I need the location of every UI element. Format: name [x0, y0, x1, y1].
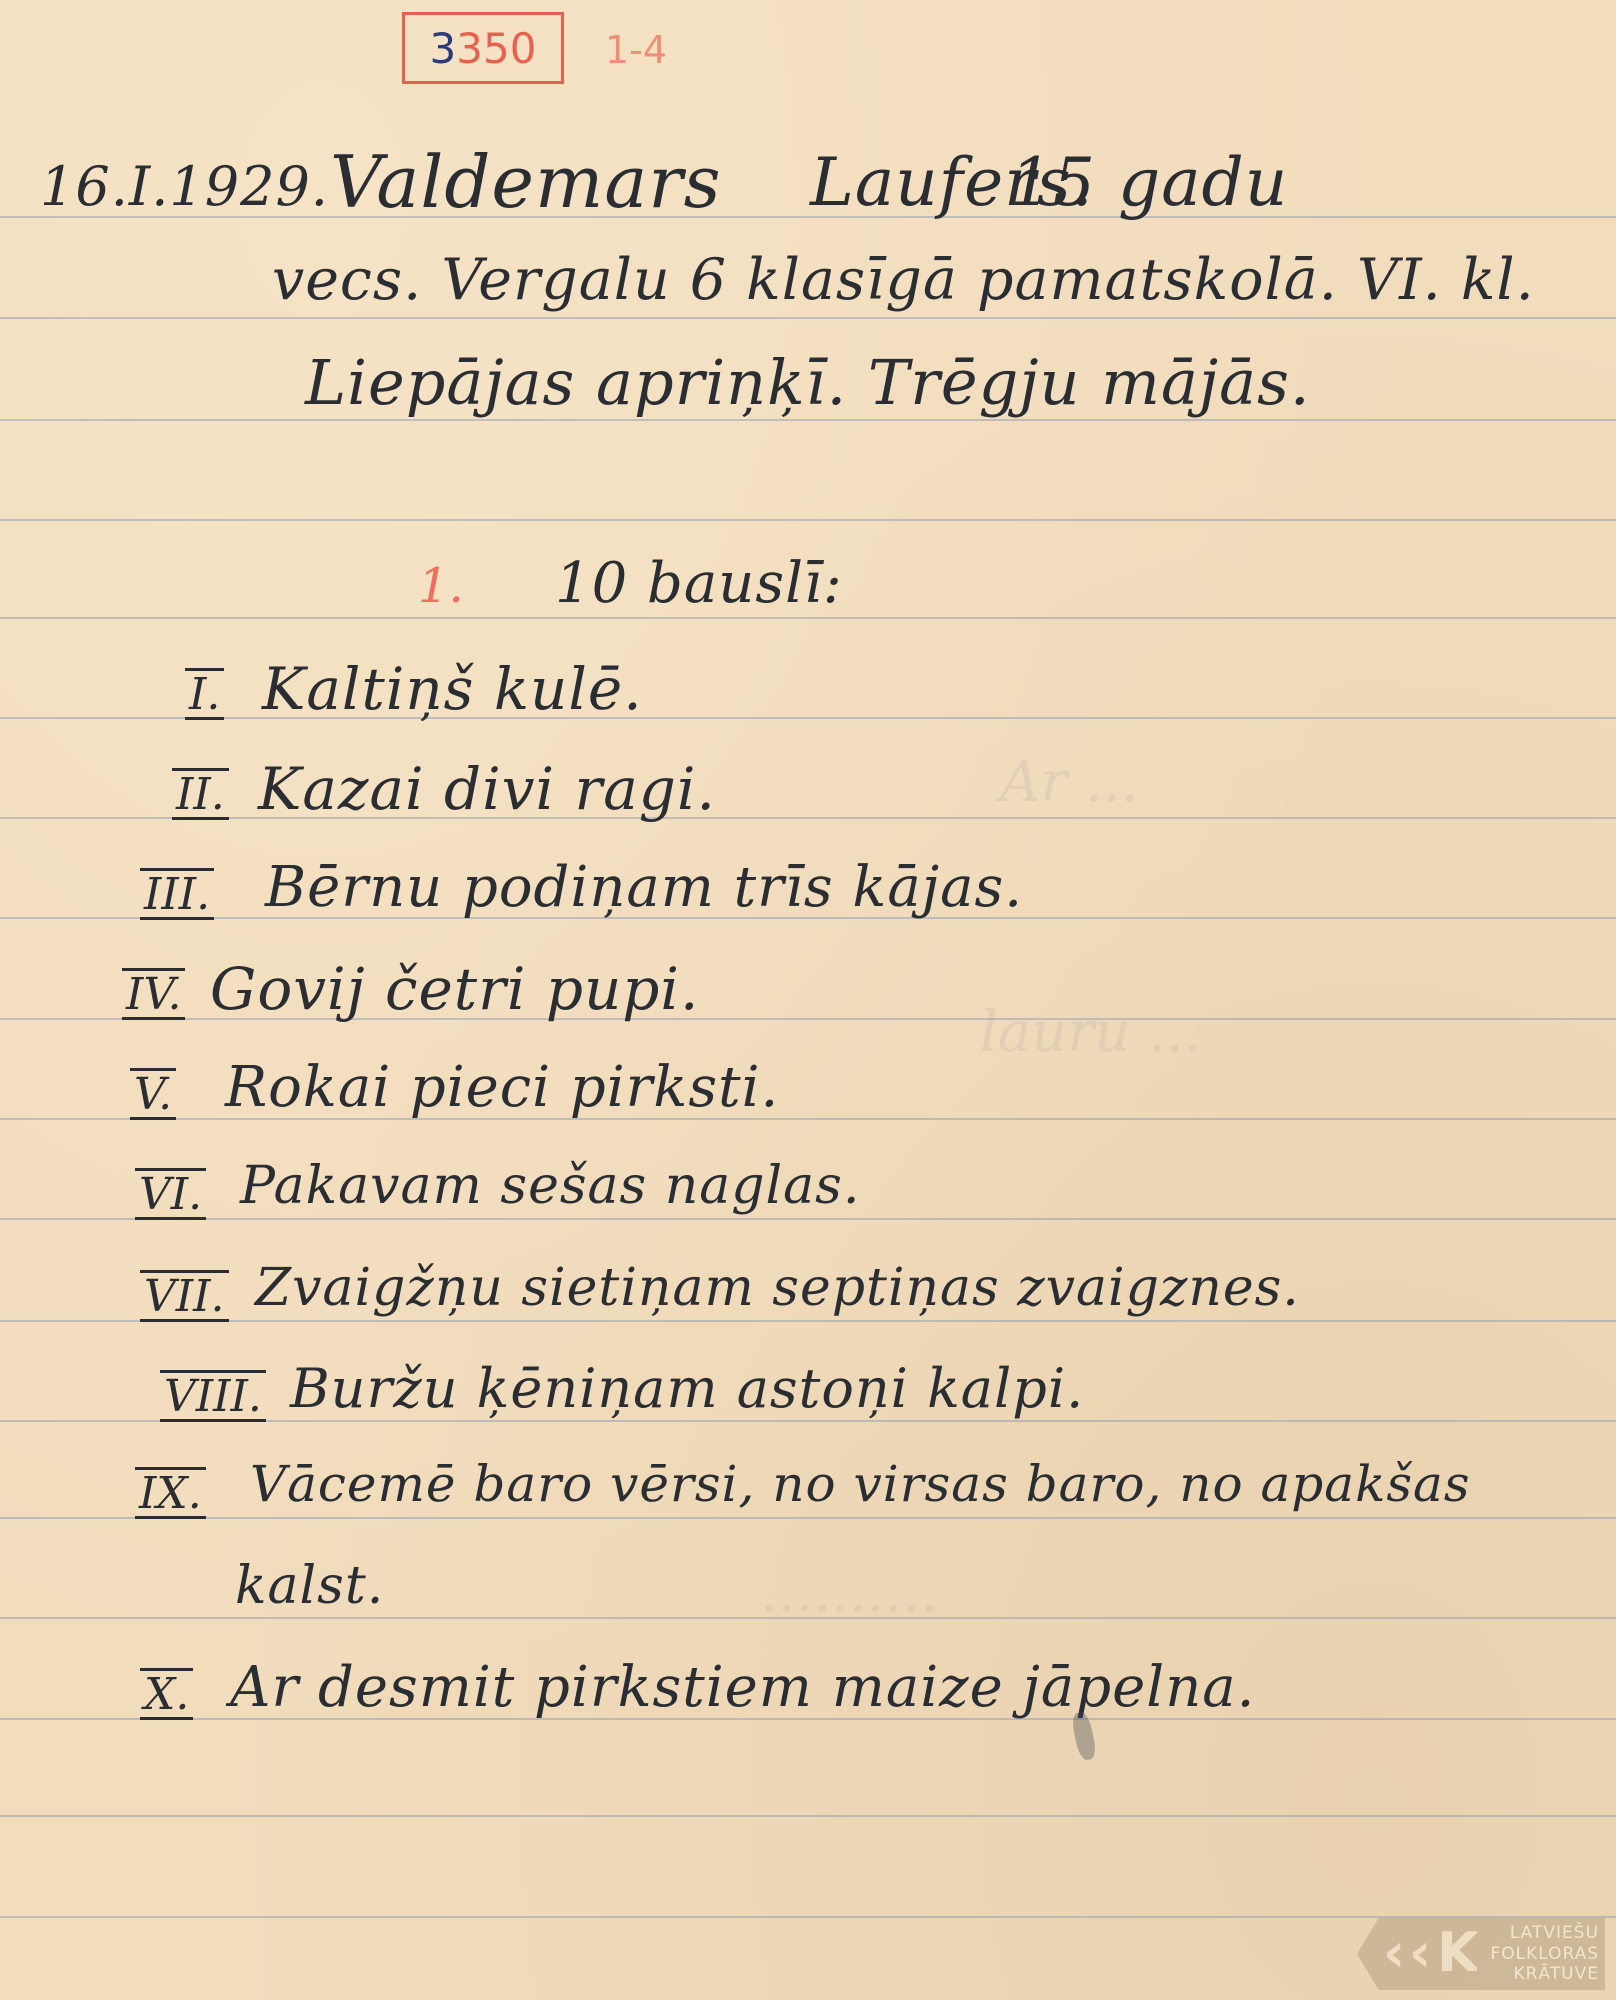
list-item: Govij četri pupi. [210, 960, 699, 1018]
ruled-line [0, 1218, 1616, 1220]
ruled-line [0, 519, 1616, 521]
list-item: Pakavam sešas naglas. [240, 1160, 860, 1212]
bleed-through-text: Ar ... [1000, 750, 1138, 815]
archive-watermark-logo: ‹ ‹ K LATVIEŠU FOLKLORAS KRĀTUVE [1357, 1918, 1605, 1990]
header-date: 16.I.1929. [40, 160, 329, 214]
header-location-line: Liepājas apriņķī. Trēgju mājās. [305, 352, 1311, 414]
logo-letter: K [1437, 1926, 1479, 1980]
list-numeral: VI. [135, 1168, 206, 1220]
list-item: Vācemē baro vērsi, no virsas baro, no ap… [250, 1459, 1471, 1509]
header-school-line: vecs. Vergalu 6 klasīgā pamatskolā. VI. … [272, 252, 1535, 309]
ruled-line [0, 717, 1616, 719]
ruled-line [0, 1815, 1616, 1817]
bleed-through-text: .......... [760, 1560, 938, 1625]
list-numeral: IV. [122, 968, 185, 1020]
archive-number-prefix: 3 [430, 24, 457, 73]
list-item: Bērnu podiņam trīs kājas. [265, 860, 1023, 916]
ruled-line [0, 1320, 1616, 1322]
list-item: Kazai divi ragi. [258, 760, 716, 818]
section-number: 1. [418, 562, 464, 610]
list-numeral: IX. [135, 1467, 206, 1519]
logo-line-1: LATVIEŠU [1510, 1923, 1599, 1943]
list-numeral: I. [185, 668, 224, 720]
list-item: Ar desmit pirkstiem maize jāpelna. [230, 1660, 1255, 1716]
ruled-line [0, 317, 1616, 319]
list-numeral: III. [140, 868, 214, 920]
logo-line-3: KRĀTUVE [1514, 1964, 1599, 1984]
ruled-line [0, 617, 1616, 619]
list-numeral: VII. [140, 1270, 229, 1322]
list-numeral: X. [140, 1668, 193, 1720]
logo-text: LATVIEŠU FOLKLORAS KRĀTUVE [1477, 1918, 1605, 1990]
bleed-through-text: lauru ... [980, 1000, 1201, 1065]
list-item: Kaltiņš kulē. [262, 660, 643, 718]
header-age: 15 gadu [1010, 150, 1288, 216]
manuscript-page: Ar ... lauru ... .......... 3350 1-4 16.… [0, 0, 1616, 2000]
list-numeral: VIII. [160, 1370, 266, 1422]
page-range-note: 1-4 [605, 28, 667, 72]
list-item: Rokai pieci pirksti. [225, 1060, 779, 1116]
list-item-continuation: kalst. [235, 1560, 384, 1612]
ruled-line [0, 1517, 1616, 1519]
ruled-line [0, 817, 1616, 819]
archive-number-stamp: 3350 [402, 12, 564, 84]
lfk-logo-icon: ‹ ‹ K [1357, 1918, 1477, 1990]
list-numeral: II. [172, 768, 229, 820]
list-numeral: V. [130, 1068, 176, 1120]
list-item: Buržu ķēniņam astoņi kalpi. [290, 1362, 1084, 1416]
ruled-line [0, 419, 1616, 421]
archive-number-rest: 350 [456, 24, 536, 73]
header-first-name: Valdemars [330, 146, 722, 218]
list-item: Zvaigžņu sietiņam septiņas zvaigznes. [255, 1262, 1300, 1314]
logo-line-2: FOLKLORAS [1490, 1944, 1599, 1964]
section-title: 10 bauslī: [555, 556, 843, 612]
